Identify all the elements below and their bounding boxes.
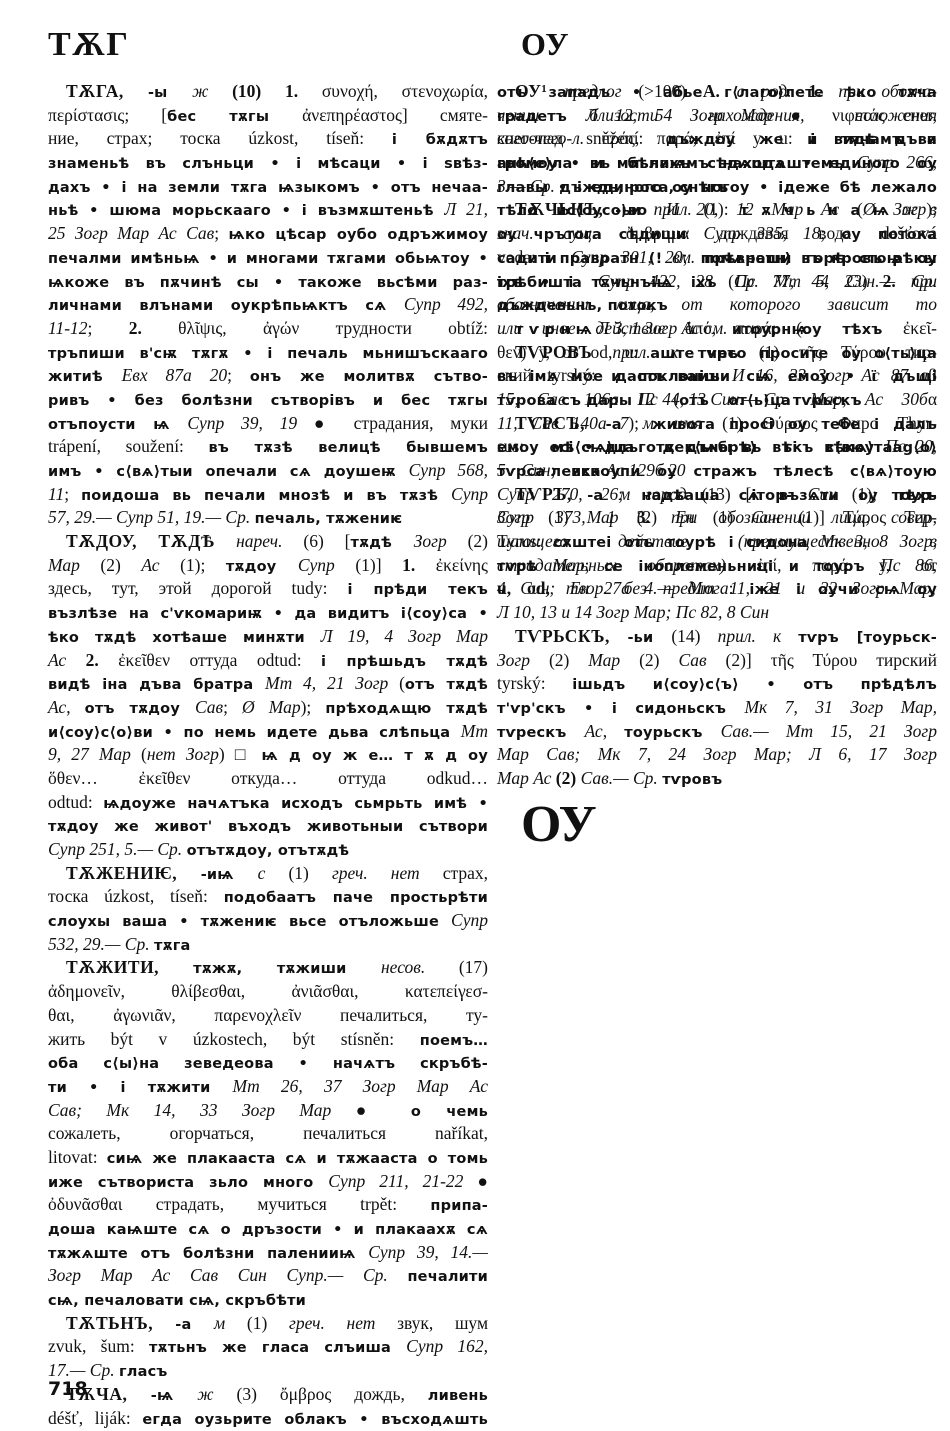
text-segment: И 16, 23 Зогр Ас 87 а (732, 365, 928, 385)
text-segment: т'ѵр'скъ • і сидоньскъ (497, 701, 744, 717)
text-line: обозначении лица, от которого зависит то (497, 293, 937, 317)
text-line: 15, Сав 106а 12 (отъ от⟨ь⟩ца Мар, Ас 30б… (497, 388, 937, 412)
text-segment: слоухы ваша • тѫжениѥ вьсе отъложьше (48, 914, 451, 930)
text-segment: и⟨соу⟩с⟨о⟩ви • по немь идете дьва слѣпьц… (48, 725, 461, 741)
text-segment: жить být v úzkostech, být stísněn: (48, 1029, 420, 1049)
text-segment: тѵрескъ (497, 725, 585, 741)
text-line: т'ѵр'скъ • і сидоньскъ Мк 7, 31 Зогр Мар… (497, 696, 937, 720)
text-line: Мар Ас (2) Сав.— Ср. тѵровъ (497, 767, 937, 791)
text-segment: ἐπί, παρά у, от (756, 555, 937, 575)
text-line: чении близости нахождения, положения (497, 104, 937, 128)
text-segment: trápení, soužení: (48, 436, 209, 456)
text-segment: Сав.— Мт 15, 21 Зогр (721, 721, 937, 741)
text-segment: ὀδυνᾶσθαι страдать, мучиться trpět: (48, 1194, 430, 1214)
text-segment: ривъ • без болѣзни сътворівъ и бес тѫгы (48, 393, 488, 409)
text-segment: надѣаша сѧ възѧти оу тѣхъ (641, 488, 937, 504)
text-line: Супр 251, 5.— Ср. отътѫдоу, отътѫдѣ (48, 838, 488, 862)
text-segment: ѩкоже въ пѫчинѣ сы • такоже вьсѣми раз- (48, 275, 488, 291)
text-segment: Мт (461, 721, 488, 741)
text-segment: , (603, 721, 625, 741)
text-segment: déšť, liják: (48, 1408, 142, 1428)
right-column-text-bottom: ОУ¹ предлог (>100) А. с род. 1. при обоз… (497, 80, 937, 601)
text-segment: тѫдѣ (350, 535, 413, 551)
text-line: Мар Сав; Мк 7, 24 Зогр Мар; Л 6, 17 Зогр (497, 743, 937, 767)
text-segment: Супр 39, 19 (187, 413, 314, 433)
text-segment: ● страдания, муки (314, 413, 488, 433)
text-segment: : (729, 578, 750, 598)
running-head-left: ТѪГ (48, 26, 129, 64)
text-segment: (6) [ (303, 531, 350, 551)
text-segment: главы • і единого оу ногоу • ідеже бѣ ле… (497, 180, 937, 196)
text-line: страдательных оборотах) ἐπί, παρά у, от (497, 554, 937, 578)
text-segment: дахъ • і на земли тѫга ѩзыкомъ • отъ неч… (48, 180, 488, 196)
text-segment: прил. к (718, 626, 799, 646)
text-segment: въ тѫзѣ велицѣ бывшемъ (209, 440, 488, 456)
text-segment: Супр 373, 1 (497, 507, 637, 527)
text-segment: tyrský: (497, 673, 572, 693)
text-segment: въ імѧ мое дастъ вамъ (497, 369, 732, 385)
text-line: Ас, отъ тѫдоу Сав; Ø Мар); прѣходѧщю тѫд… (48, 696, 488, 720)
text-segment: тоурьск- (864, 630, 937, 646)
text-segment: і видѣ дъва (810, 132, 937, 148)
text-segment: Мт 26, 37 Зогр Мар Ас (233, 1076, 488, 1096)
text-segment: имъ • с⟨вѧ⟩тыи опечали сѧ доушеѭ (48, 464, 409, 480)
text-segment: доша каѩште сѧ о дръзости • и плакаахѫ с… (48, 1222, 488, 1238)
text-segment: страдательных оборотах) (497, 555, 756, 575)
text-segment: здесь, тут, этой дорогой tudy: (48, 578, 347, 598)
text-segment: о чемь (411, 1104, 488, 1120)
text-segment: -ѩ (151, 1388, 198, 1404)
text-segment: отъ тѫдоу (85, 701, 195, 717)
text-segment: при (911, 271, 937, 291)
text-line: litovat: сиѩ же плакааста сѧ и тѫжааста … (48, 1146, 488, 1170)
text-line: печалми имѣньѩ • и многами тѫгами обьѩто… (48, 246, 488, 270)
text-line: 5 Син; искоупи оу стражъ тѣлесѣ с⟨вѧ⟩тоу… (497, 459, 937, 483)
text-segment: емоу есі • длъготѫ дъны вь вѣкъ вѣкоу (497, 440, 885, 456)
text-line: 532, 29.— Ср. тѫга (48, 933, 488, 957)
text-segment: сѩ, печаловати сѩ, скръбѣти (48, 1293, 306, 1309)
text-segment: ж (192, 81, 232, 101)
text-segment: (3) ὄμβρος дождь, (237, 1384, 428, 1404)
text-segment: Зогр Мар Ас Сав Син Супр.— Ср. (48, 1265, 407, 1285)
text-line: ТѪЧА, -ѩ ж (3) ὄμβρος дождь, ливень (48, 1383, 488, 1407)
text-segment: онъ же молитвѫ сътво- (250, 369, 488, 385)
text-segment: Сав.— Ср. (581, 768, 663, 788)
text-line: trápení, soužení: въ тѫзѣ велицѣ бывшемъ (48, 435, 488, 459)
text-segment: тѫжѫ, тѫжиши (193, 961, 381, 977)
text-segment: Мар, Ас 30б (810, 389, 928, 409)
text-segment: тоурьскъ (624, 725, 720, 741)
text-line: дахъ • і на земли тѫга ѩзыкомъ • отъ неч… (48, 175, 488, 199)
text-segment: θαι, ἀγωνιᾶν, παρενοχλεῖν печалиться, ту… (48, 1005, 488, 1025)
text-segment: обозначении лица, от которого зависит то (497, 294, 937, 314)
text-segment: ішьдъ и⟨соу⟩с⟨ъ⟩ • отъ прѣдѣлъ (572, 677, 937, 693)
text-line: здесь, тут, этой дорогой tudy: і прѣди т… (48, 577, 488, 601)
text-segment: страх, (443, 863, 488, 883)
text-segment: (2) (549, 650, 588, 670)
text-segment: (17) (459, 957, 488, 977)
text-line: тръпиши в'сѭ тѫгѫ • і печаль мьнишъскааг… (48, 341, 488, 365)
text-segment: Мар (588, 650, 639, 670)
text-segment: Супр 492, (404, 294, 488, 314)
text-segment: подобаатъ паче простьрѣти (224, 890, 488, 906)
text-segment: ἐκεῖ- (903, 318, 937, 338)
text-segment: 11 (48, 484, 64, 504)
text-segment: -а (175, 1317, 214, 1333)
text-line: Супр 270, 26; надѣаша сѧ възѧти оу тѣхъ (497, 483, 937, 507)
text-segment: тѫжѧште отъ болѣзни паленииѩ (48, 1246, 368, 1262)
text-segment: Зогр (497, 650, 549, 670)
text-segment: Евх 87а 20 (122, 365, 228, 385)
text-segment: живота просі оу тебе і далъ (652, 417, 937, 433)
text-segment: видѣ іна дъва братра (48, 677, 265, 693)
text-segment: Л 21, (444, 199, 488, 219)
text-segment: тѫтьнъ же гласа слъиша (149, 1340, 406, 1356)
text-line: ние, страх; тоска úzkost, tíseň: і бѫдѫт… (48, 127, 488, 151)
text-segment: тѫдоу же живот' въходъ животьныи сътвори (48, 819, 488, 835)
text-segment: предлог (564, 81, 638, 101)
text-line: Сав; Мк 14, 33 Зогр Мар ● о чемь (48, 1099, 488, 1123)
text-line: ТѪДОУ, ТѪДѢ нареч. (6) [тѫдѣ Зогр (2) (48, 530, 488, 554)
text-segment: ; (227, 365, 250, 385)
text-line: личнами влънами оукрѣпьѩктъ сѧ Супр 492, (48, 293, 488, 317)
text-segment: Супр 422, 28 (598, 271, 728, 291)
text-line: ТѪГА, -ы ж (10) 1. συνοχή, στενοχωρία, (48, 80, 488, 104)
text-segment: -ьи (627, 630, 671, 646)
text-line: или иное действие ἀπό, παρά; (оу тѣхъ ἐκ… (497, 317, 937, 341)
text-line: въ імѧ мое дастъ вамъ И 16, 23 Зогр Ас 8… (497, 364, 937, 388)
text-line: 25 Зогр Мар Ас Сав; ѩко цѣсар оубо одръж… (48, 222, 488, 246)
text-line: Зогр (2) Мар (2) Сав (2)] τῆς Τύρου тирс… (497, 649, 937, 673)
text-segment: ѩ д оу ж е… т ѫ д оу (261, 748, 488, 764)
text-segment: 15, Сав 106а 12 (497, 389, 673, 409)
text-line: ὅθεν… ἐκεῖθεν откуда… оттуда odkud… (48, 767, 488, 791)
text-line: ѩкоже въ пѫчинѣ сы • такоже вьсѣми раз- (48, 270, 488, 294)
text-line: анћ⟨е⟩ла въ бѣлахъ сѣдѧшта • единого оу (497, 151, 937, 175)
text-segment: 11-12 (48, 318, 88, 338)
page-number: 718 (48, 1378, 88, 1400)
text-line: ТѴРЬСКЪ, -ьи (14) прил. к тѵръ [тоурьск- (497, 625, 937, 649)
text-line: ὀδυνᾶσθαι страдать, мучиться trpět: прип… (48, 1193, 488, 1217)
text-segment: отъпоусти ѩ (48, 417, 187, 433)
text-segment: ● (477, 1171, 488, 1191)
text-segment: ἐκείνης (436, 555, 488, 575)
text-segment: м (214, 1313, 247, 1333)
text-segment: трѣбишта (497, 275, 598, 291)
text-segment: περίστασις; [ (48, 105, 167, 125)
text-line: жить být v úzkostech, být stísněn: поемъ… (48, 1028, 488, 1052)
text-segment: Супр 251, 5.— Ср. (48, 839, 187, 859)
text-segment: гласъ (119, 1364, 167, 1380)
text-line: ОУ¹ предлог (>100) А. с род. 1. при обоз… (497, 80, 937, 104)
text-line: 11, Сав 140а 7); живота просі оу тебе і … (497, 412, 937, 436)
text-segment: Супр 270, 26 (497, 484, 618, 504)
text-line: оу чрътога сѣдиши Супр 335, 18; оу поток… (497, 222, 937, 246)
text-line: zvuk, šum: тѫтьнъ же гласа слъиша Супр 1… (48, 1335, 488, 1359)
text-segment: сиѩ же плакааста сѧ и тѫжааста о томь (107, 1151, 488, 1167)
text-segment: Л 19, 4 Зогр Мар (321, 626, 488, 646)
text-segment: А. (703, 81, 737, 101)
text-line: 11-12; 2. θλῖψις, ἀγών трудности obtíž: (48, 317, 488, 341)
text-segment: тѫга (154, 938, 191, 954)
text-line: кого-чего-л. πρός, παρά, ἐπί у u: і видѣ… (497, 127, 937, 151)
text-segment: 2. (86, 650, 119, 670)
text-segment: ); (301, 697, 326, 717)
text-segment: ; (551, 460, 572, 480)
text-line: Супр 373, 1 3. при обозначении лица, сов… (497, 506, 937, 530)
section-heading: ОУ (521, 795, 597, 854)
text-line: Ас 2. ἐκεῖθεν оттуда odtud: і прѣшьдъ тѫ… (48, 649, 488, 673)
text-segment: (1); (180, 555, 226, 575)
text-segment: 57, 29.— Супр 51, 19.— Ср. (48, 507, 255, 527)
headword: ТѪТЬНЪ, (66, 1313, 175, 1333)
text-segment: Ср. Мт 5, 23 (734, 271, 862, 291)
text-segment: помѧнеши горѣ стоѩ оу (701, 251, 937, 267)
text-segment: β (928, 365, 937, 385)
text-segment: отъ тѫдѣ (405, 677, 488, 693)
text-line: ѣко тѫдѣ хотѣаше минѫти Л 19, 4 Зогр Мар (48, 625, 488, 649)
text-segment: πρός, παρά, ἐπί у u: (602, 128, 811, 148)
text-segment: чении близости нахождения, положения (497, 105, 937, 125)
text-segment: ; (683, 247, 701, 267)
text-segment: Мт 4, 21 Зогр (265, 673, 399, 693)
text-line: 11; поидоша вь печали мнозѣ и въ тѫзѣ Су… (48, 483, 488, 507)
text-segment: συνοχή, στενοχωρία, (322, 81, 488, 101)
text-segment: ѩко цѣсар оубо одръжимоу (228, 227, 488, 243)
text-line: ἀδημονεῖν, θλίβεσθαι, ἀνιᾶσθαι, κατεπείγ… (48, 980, 488, 1004)
text-segment: Сав; Мк 14, 33 Зогр Мар (48, 1100, 356, 1120)
text-line: Л 10, 13 и 14 Зогр Мар; Пс 82, 8 Син (497, 601, 937, 625)
text-segment: і прѣди текъ (347, 582, 488, 598)
text-segment: Супр (298, 555, 356, 575)
text-segment: с род. (737, 81, 809, 101)
text-segment: zvuk, šum: (48, 1336, 149, 1356)
text-segment: печалми имѣньѩ • и многами тѫгами обьѩто… (48, 251, 488, 267)
text-segment: егда оузьрите облакъ • въсходѧшть (142, 1412, 488, 1428)
text-segment: ὅθεν… ἐκεῖθεν откуда… оттуда odkud… (48, 768, 488, 788)
text-line: отъпоусти ѩ Супр 39, 19 ● страдания, мук… (48, 412, 488, 436)
text-segment: при обозначении лица, совер- (671, 507, 937, 527)
text-segment: тръпиши в'сѭ тѫгѫ • і печаль мьнишъскааг… (48, 346, 488, 362)
text-segment: Супр 211, 21-22 (328, 1171, 477, 1191)
text-segment: тѵръ [ (798, 630, 863, 646)
text-segment: тѫдоу (226, 559, 298, 575)
text-segment: Ас (48, 650, 86, 670)
text-segment: отъ от⟨ь⟩ца (679, 393, 810, 409)
text-line: ТѪЖЕНИѤ, -иѩ с (1) греч. нет страх, (48, 862, 488, 886)
text-segment: несов. (381, 957, 459, 977)
text-segment: ж (197, 1384, 236, 1404)
text-segment: припа- (430, 1198, 488, 1214)
text-segment: ; (820, 223, 841, 243)
text-line: трѣбишта Супр 422, 28 (Ср. Мт 5, 23) 2. … (497, 270, 937, 294)
text-segment: садити (497, 251, 571, 267)
text-segment: звук, шум (397, 1313, 488, 1333)
text-segment: ньѣ • шюма морьскааго • і възмѫштеньѣ (48, 203, 444, 219)
text-line: и⟨соу⟩с⟨о⟩ви • по немь идете дьва слѣпьц… (48, 720, 488, 744)
text-segment: Ас (141, 555, 180, 575)
text-segment: шающего действие (преимущественно в (497, 531, 937, 551)
text-line: odtud: ѩдоуже начѧтъка исходъ сьмрьть им… (48, 791, 488, 815)
text-segment: (10) 1. (232, 81, 322, 101)
text-segment: оу тѣхъ (802, 322, 903, 338)
text-segment: ; (64, 484, 81, 504)
text-line: главы • і единого оу ногоу • ідеже бѣ ле… (497, 175, 937, 199)
text-segment: (2)] τῆς Τύρου тирский (726, 650, 937, 670)
text-line: тѵрескъ Ас, тоурьскъ Сав.— Мт 15, 21 Зог… (497, 720, 937, 744)
text-segment: ливень (428, 1388, 488, 1404)
text-segment: 2. (129, 318, 178, 338)
text-line: оба с⟨ы⟩на зеведеова • начѧтъ скръбѣ- (48, 1051, 488, 1075)
headword: ТѪДОУ, ТѪДѢ (66, 531, 236, 551)
text-line: тѣло ис⟨оусо⟩во И 20, 12 Мар Ас (Ø Зогр)… (497, 198, 937, 222)
left-column-text: ТѪГА, -ы ж (10) 1. συνοχή, στενοχωρία,πε… (48, 80, 488, 1430)
text-segment: сожалеть, огорчаться, печалиться naříkat… (48, 1123, 488, 1143)
text-segment: И 20, 12 Мар Ас (666, 199, 857, 219)
text-segment: Зогр (414, 531, 468, 551)
text-segment: ти • і тѫжити (48, 1080, 233, 1096)
text-segment: (2) (100, 555, 141, 575)
text-segment: 532, 29.— Ср. (48, 934, 154, 954)
text-segment: при обозна- (838, 81, 937, 101)
dictionary-page: ТѪГ ТѪГА, -ы ж (10) 1. συνοχή, στενοχωρί… (0, 0, 950, 1431)
text-segment: 1. (808, 81, 838, 101)
text-line: 9, 27 Мар (нет Зогр) □ ѩ д оу ж е… т ѫ д… (48, 743, 488, 767)
text-segment: ); (926, 199, 937, 219)
text-segment: аште чесо просите оу о⟨ть⟩ца (650, 346, 937, 362)
text-line: ТѪТЬНЪ, -а м (1) греч. нет звук, шум (48, 1312, 488, 1336)
text-segment: ἀδημονεῖν, θλίβεσθαι, ἀνιᾶσθαι, κατεπείγ… (48, 981, 488, 1001)
text-segment: оу чрътога сѣдиши (497, 227, 703, 243)
text-line: тѫжѧште отъ болѣзни паленииѩ Супр 39, 14… (48, 1241, 488, 1265)
text-segment: odtud: (48, 792, 103, 812)
text-segment: Супр 335, 18 (703, 223, 820, 243)
text-segment: (1) (288, 863, 331, 883)
text-segment: Сав (678, 650, 725, 670)
text-segment: -ы (148, 85, 192, 101)
text-segment: (>100) (638, 81, 703, 101)
text-segment: Сав (195, 697, 223, 717)
text-line: déšť, liják: егда оузьрите облакъ • въсх… (48, 1407, 488, 1431)
text-line: tyrský: ішьдъ и⟨соу⟩с⟨ъ⟩ • отъ прѣдѣлъ (497, 672, 937, 696)
text-line: шающего действие (преимущественно в (497, 530, 937, 554)
text-segment: Ø Мар (242, 697, 301, 717)
text-segment: отътѫдоу, отътѫдѣ (187, 843, 350, 859)
text-line: u, od, твор. без предлога: іже і оучи сѩ… (497, 577, 937, 601)
text-segment: твор. без предлога (566, 578, 729, 598)
text-segment: Супр 568, (409, 460, 488, 480)
text-segment: Супр 301, 20 (571, 247, 682, 267)
text-segment: ) (862, 271, 883, 291)
text-line: тоска úzkost, tíseň: подобаатъ паче прос… (48, 885, 488, 909)
text-segment: кого-чего-л. (497, 128, 602, 148)
text-segment: ; (88, 318, 129, 338)
text-line: θεν) у, от od, u: аште чесо просите оу о… (497, 341, 937, 365)
headword: ТѪЖИТИ, (66, 957, 193, 977)
text-line: сожалеть, огорчаться, печалиться naříkat… (48, 1122, 488, 1146)
text-segment: Пс 20, (885, 436, 937, 456)
text-segment: тоска úzkost, tíseň: (48, 886, 224, 906)
text-segment: тѣло ис⟨оусо⟩во (497, 203, 666, 219)
text-line: житиѣ Евх 87а 20; онъ же молитвѫ сътво- (48, 364, 488, 388)
text-segment: і бѫдѫтъ (392, 132, 488, 148)
text-segment: u, od, (497, 578, 566, 598)
text-segment: печаль, тѫжениѥ (255, 511, 403, 527)
text-segment: (1) (247, 1313, 289, 1333)
text-segment: θεν) у, от od, u: (497, 342, 650, 362)
text-line: възлѣзе на с'ѵкомариѭ • да видитъ і⟨соу⟩… (48, 601, 488, 625)
text-line: тѫдоу же живот' въходъ животьныи сътвори (48, 814, 488, 838)
text-segment: (1)] (355, 555, 402, 575)
text-line: ривъ • без болѣзни сътворівъ и бес тѫгы (48, 388, 488, 412)
text-segment: litovat: (48, 1147, 107, 1167)
text-segment: Мар Сав; Мк 7, 24 Зогр Мар; Л 6, 17 Зогр (497, 744, 937, 764)
text-line: знаменьѣ въ слъньци • і мѣсаци • і ѕвѣз- (48, 151, 488, 175)
text-segment: ѣко тѫдѣ хотѣаше минѫти (48, 630, 321, 646)
text-segment: Супр (451, 484, 488, 504)
text-segment: Супр (451, 910, 488, 930)
text-segment: оба с⟨ы⟩на зеведеова • начѧтъ скръбѣ- (48, 1056, 488, 1072)
text-segment: (2) (468, 531, 488, 551)
text-segment: 3. (637, 507, 671, 527)
text-segment: ● (356, 1100, 411, 1120)
text-line: сѩ, печаловати сѩ, скръбѣти (48, 1288, 488, 1312)
text-segment: греч. нет (289, 1313, 397, 1333)
text-line: ньѣ • шюма морьскааго • і възмѫштеньѣ Л … (48, 198, 488, 222)
text-segment: нареч. (236, 531, 303, 551)
headword: ТѪГА, (66, 81, 148, 101)
text-segment: 5 Син (497, 460, 551, 480)
text-line: слоухы ваша • тѫжениѥ вьсе отъложьше Суп… (48, 909, 488, 933)
text-line: ти • і тѫжити Мт 26, 37 Зогр Мар Ас (48, 1075, 488, 1099)
headword: ТѪЖЕНИѤ, (66, 863, 201, 883)
text-segment: (2) (639, 650, 678, 670)
text-line: θαι, ἀγωνιᾶν, παρενοχλεῖν печалиться, ту… (48, 1004, 488, 1028)
text-segment: 11, Сав 140а 7 (497, 413, 628, 433)
text-segment: възлѣзе на с'ѵкомариѭ • да видитъ і⟨соу⟩… (48, 606, 488, 622)
text-segment: поидоша вь печали мнозѣ и въ тѫзѣ (81, 488, 451, 504)
text-segment: (14) (671, 626, 717, 646)
text-segment: нет Зогр (147, 744, 219, 764)
text-segment: , (66, 697, 84, 717)
text-segment: ѩдоуже начѧтъка исходъ сьмрьть имѣ • (103, 796, 488, 812)
text-line: имъ • с⟨вѧ⟩тыи опечали сѧ доушеѭ Супр 56… (48, 459, 488, 483)
text-line: 17.— Ср. гласъ (48, 1359, 488, 1383)
text-segment: 1. (402, 555, 436, 575)
text-line: доша каѩште сѧ о дръзости • и плакаахѫ с… (48, 1217, 488, 1241)
text-segment: бес тѫгы (167, 109, 302, 125)
text-segment: анћ⟨е⟩ла въ бѣлахъ сѣдѧшта • единого оу (497, 156, 937, 172)
text-segment: Ас (585, 721, 603, 741)
text-segment: 25 Зогр Мар Ас Сав (48, 223, 214, 243)
text-segment: ; (618, 484, 641, 504)
text-segment: Супр 39, 14.— (368, 1242, 488, 1262)
text-segment: ние, страх; тоска úzkost, tíseň: (48, 128, 392, 148)
text-segment: θλῖψις, ἀγών трудности obtíž: (178, 318, 488, 338)
text-line: емоу есі • длъготѫ дъны вь вѣкъ вѣкоу Пс… (497, 435, 937, 459)
text-line: Мар (2) Ас (1); тѫдоу Супр (1)] 1. ἐκείν… (48, 554, 488, 578)
text-segment: ); (628, 413, 652, 433)
running-head-right: ОУ (521, 26, 570, 63)
text-segment: 2. (883, 271, 911, 291)
text-segment: с (258, 863, 289, 883)
text-segment: тѵровъ (662, 772, 722, 788)
text-segment: греч. нет (332, 863, 443, 883)
text-segment: іже і оучи сѩ оу (749, 582, 937, 598)
text-segment: Мар (48, 555, 100, 575)
text-segment: искоупи оу стражъ тѣлесѣ с⟨вѧ⟩тоую (571, 464, 937, 480)
text-line: ТѪЖИТИ, тѫжѫ, тѫжиши несов. (17) (48, 956, 488, 980)
